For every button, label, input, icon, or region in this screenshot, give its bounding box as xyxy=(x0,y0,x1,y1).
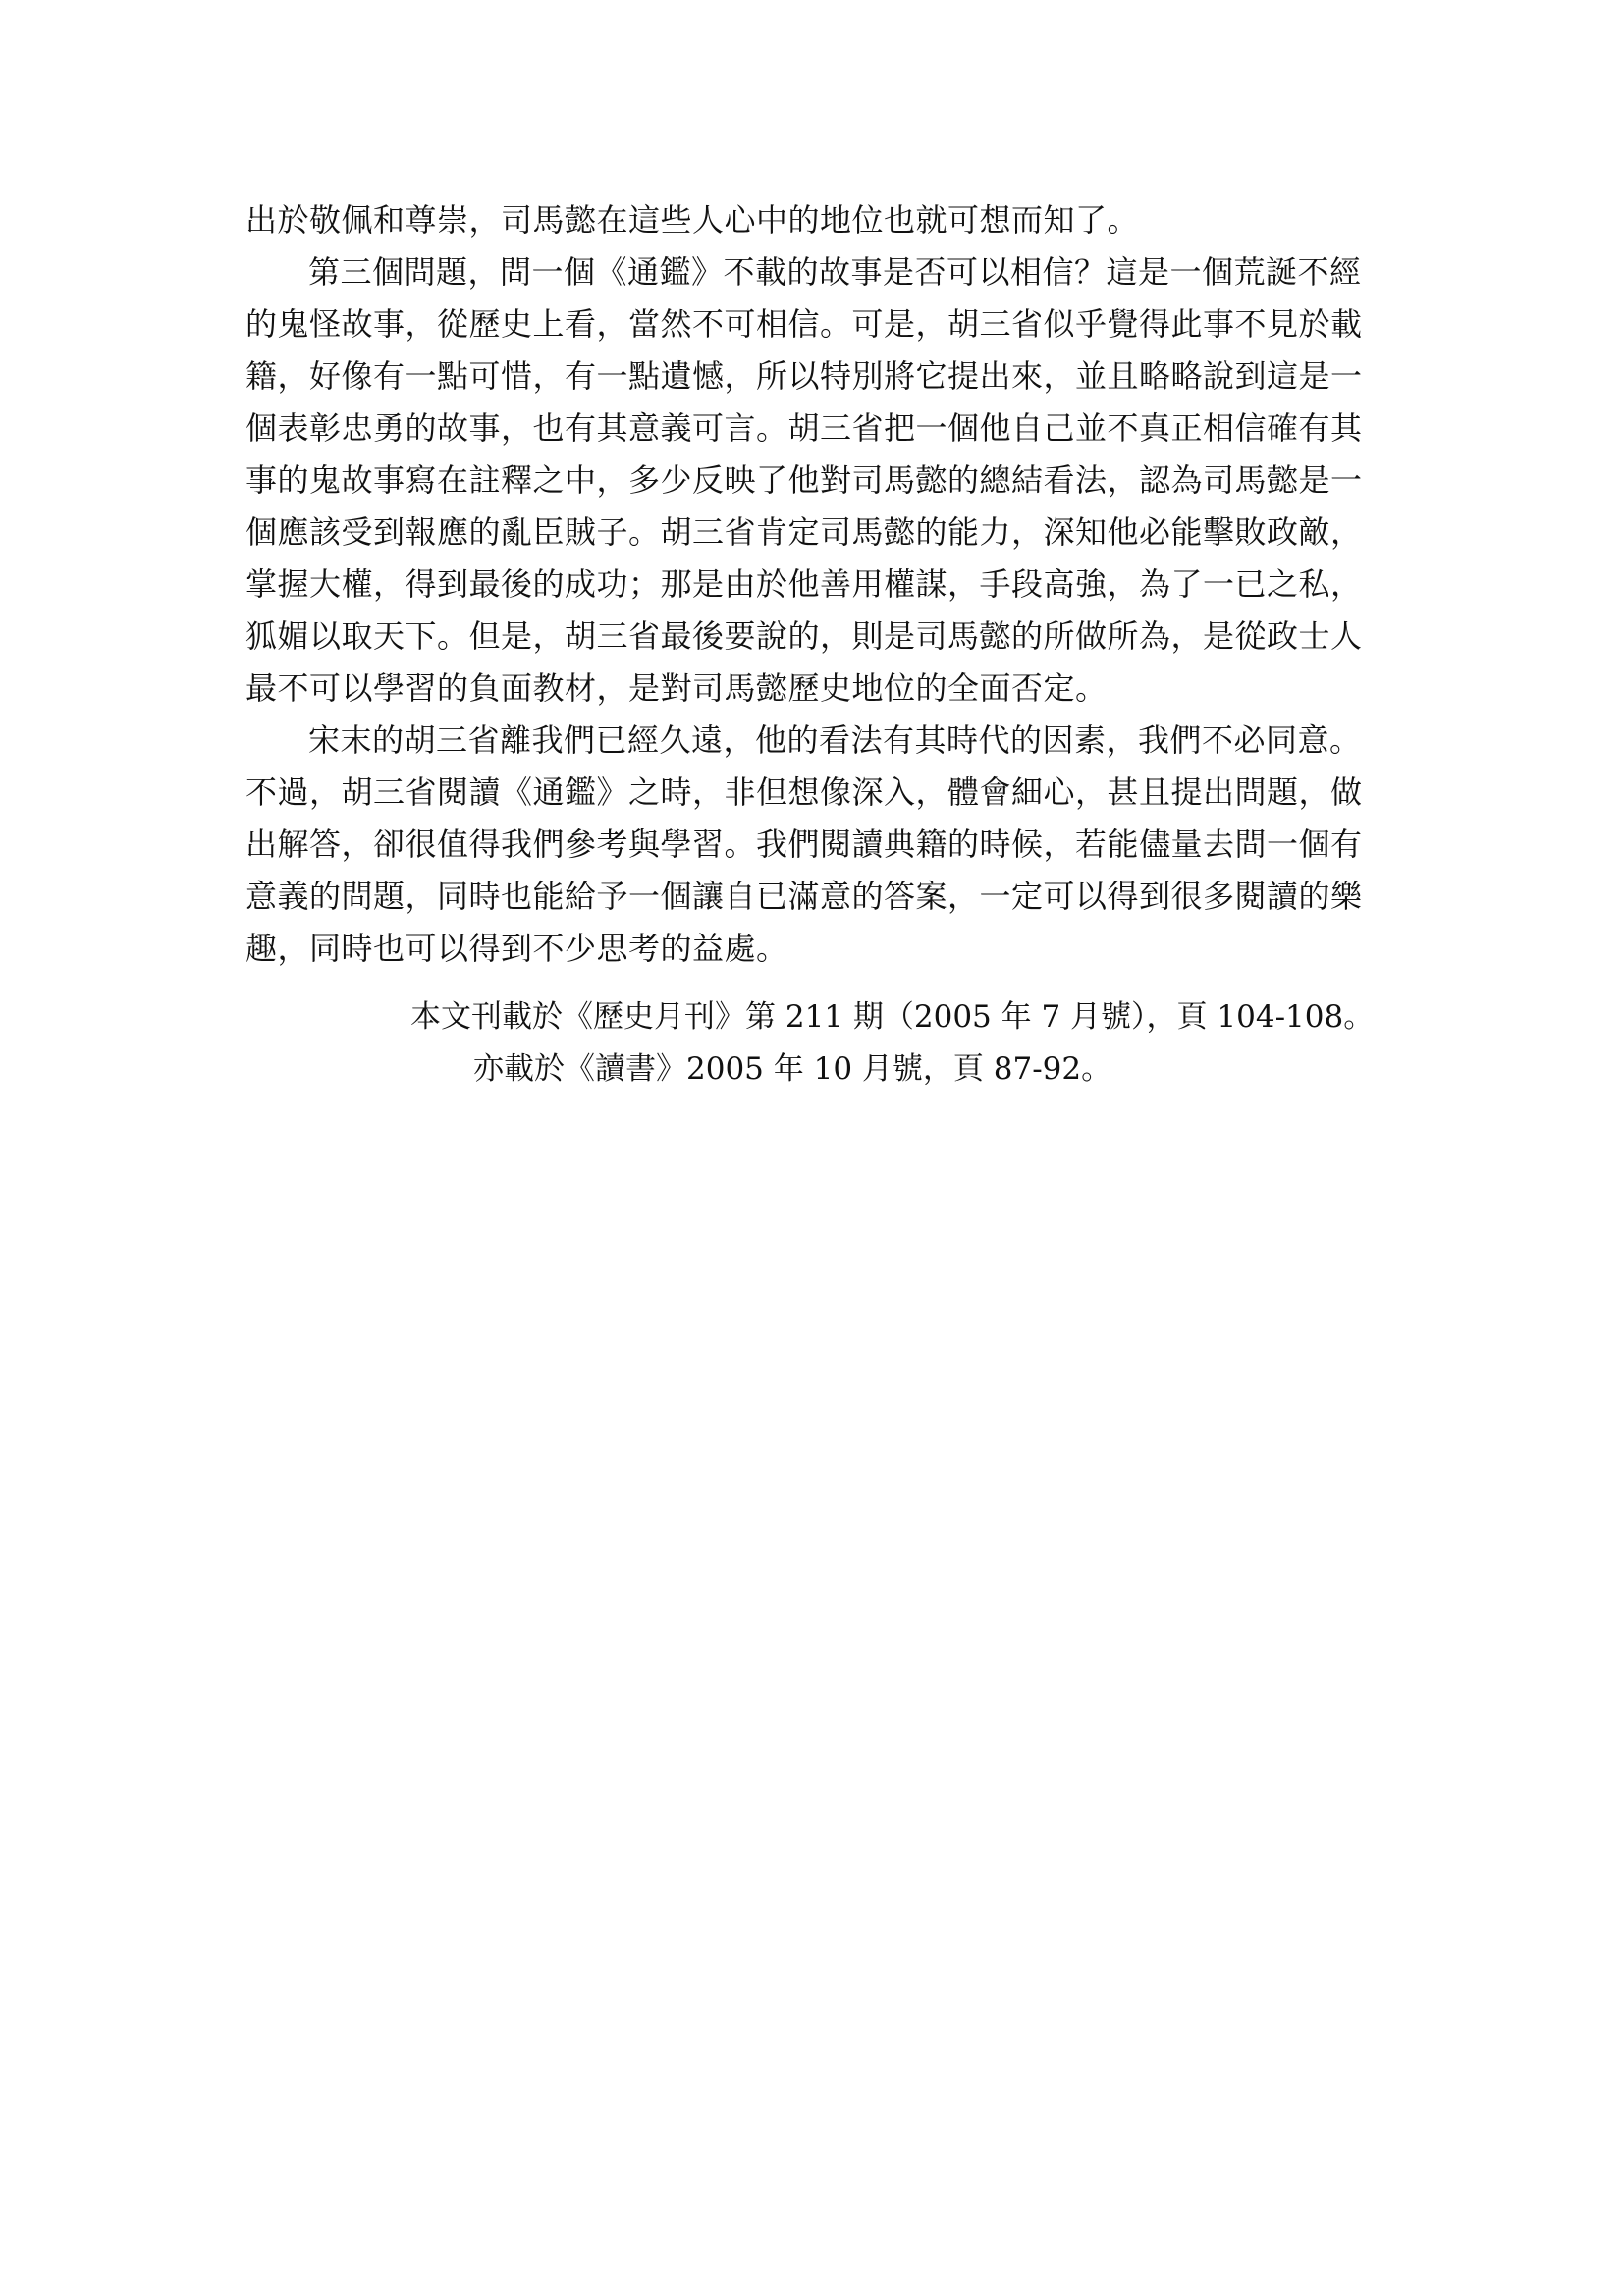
paragraph-3-line-1: 宋末的胡三省離我們已經久遠，他的看法有其時代的因素，我們不必同意。 xyxy=(245,715,1394,767)
paragraph-1-line-1: 出於敬佩和尊崇，司馬懿在這些人心中的地位也就可想而知了。 xyxy=(245,194,1394,246)
document-page: 出於敬佩和尊崇，司馬懿在這些人心中的地位也就可想而知了。 第三個問題，問一個《通… xyxy=(0,0,1624,2296)
paragraph-2-line-6: 個應該受到報應的亂臣賊子。胡三省肯定司馬懿的能力，深知他必能擊敗政敵， xyxy=(245,507,1394,559)
paragraph-3-line-5: 趣，同時也可以得到不少思考的益處。 xyxy=(245,923,1394,975)
paragraph-2-line-4: 個表彰忠勇的故事，也有其意義可言。胡三省把一個他自己並不真正相信確有其 xyxy=(245,402,1394,454)
citation-line-2: 亦載於《讀書》2005 年 10 月號，頁 87-92。 xyxy=(473,1043,1111,1095)
paragraph-3-line-3: 出解答，卻很值得我們參考與學習。我們閱讀典籍的時候，若能儘量去問一個有 xyxy=(245,819,1394,871)
article-body: 出於敬佩和尊崇，司馬懿在這些人心中的地位也就可想而知了。 第三個問題，問一個《通… xyxy=(245,194,1394,975)
paragraph-2-line-1: 第三個問題，問一個《通鑑》不載的故事是否可以相信？這是一個荒誕不經 xyxy=(245,246,1394,298)
paragraph-2-line-9: 最不可以學習的負面教材，是對司馬懿歷史地位的全面否定。 xyxy=(245,663,1394,715)
paragraph-3-line-2: 不過，胡三省閱讀《通鑑》之時，非但想像深入，體會細心，甚且提出問題，做 xyxy=(245,767,1394,819)
paragraph-2-line-7: 掌握大權，得到最後的成功；那是由於他善用權謀，手段高強，為了一已之私， xyxy=(245,559,1394,611)
paragraph-2-line-2: 的鬼怪故事，從歷史上看，當然不可相信。可是，胡三省似乎覺得此事不見於載 xyxy=(245,298,1394,350)
paragraph-2-line-8: 狐媚以取天下。但是，胡三省最後要說的，則是司馬懿的所做所為，是從政士人 xyxy=(245,611,1394,663)
paragraph-2-line-3: 籍，好像有一點可惜，有一點遺憾，所以特別將它提出來，並且略略說到這是一 xyxy=(245,350,1394,402)
citation-line-1: 本文刊載於《歷史月刊》第 211 期（2005 年 7 月號），頁 104-10… xyxy=(410,991,1374,1043)
paragraph-2-line-5: 事的鬼故事寫在註釋之中，多少反映了他對司馬懿的總結看法，認為司馬懿是一 xyxy=(245,454,1394,507)
paragraph-3-line-4: 意義的問題，同時也能給予一個讓自已滿意的答案，一定可以得到很多閱讀的樂 xyxy=(245,871,1394,923)
